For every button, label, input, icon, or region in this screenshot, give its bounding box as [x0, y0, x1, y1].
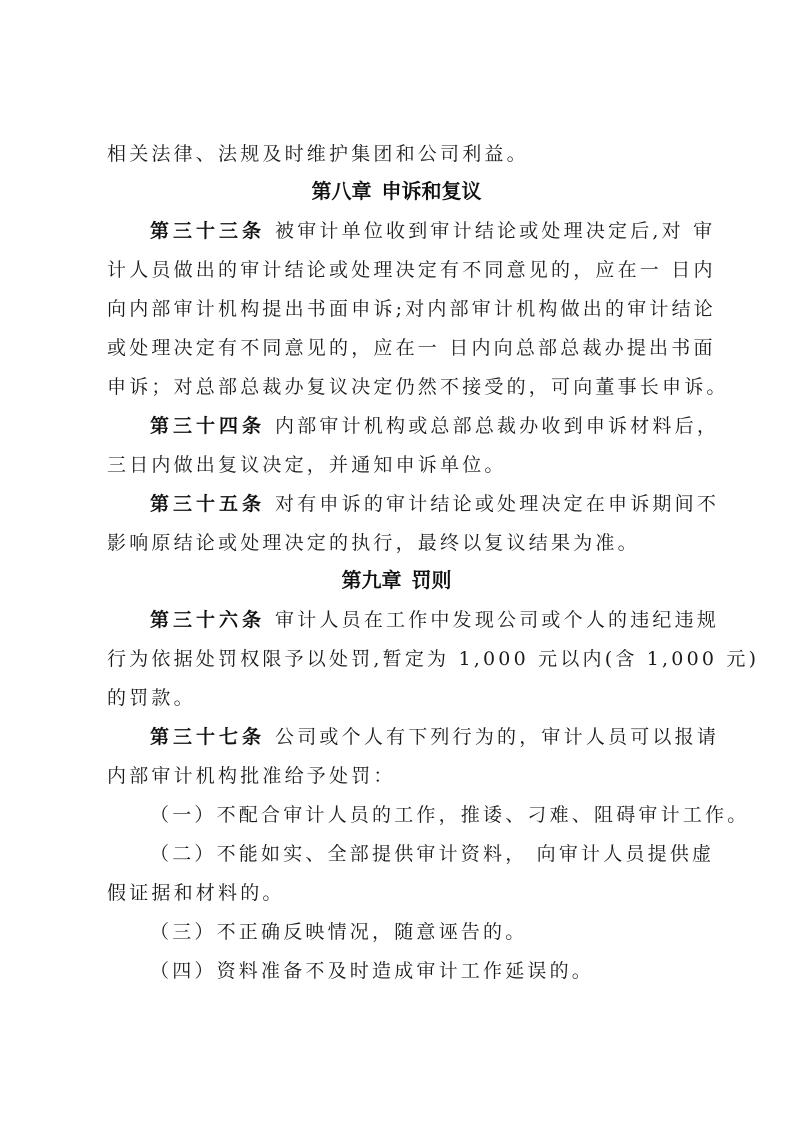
article-34-line-1: 第三十四条内部审计机构或总部总裁办收到申诉材料后， — [150, 414, 697, 438]
chapter-title: 申诉和复议 — [382, 179, 482, 203]
article-36-line-3: 的罚款。 — [107, 686, 697, 710]
article-34-line-2: 三日内做出复议决定，并通知申诉单位。 — [107, 453, 697, 477]
list-item-1: （一）不配合审计人员的工作，推诿、刁难、阻碍审计工作。 — [150, 803, 697, 827]
article-text: 审计人员在工作中发现公司或个人的违纪违规 — [275, 609, 719, 631]
article-number: 第三十六条 — [150, 609, 265, 631]
article-33-line-3: 向内部审计机构提出书面申诉;对内部审计机构做出的审计结论 — [107, 297, 697, 321]
article-35-line-1: 第三十五条对有申诉的审计结论或处理决定在申诉期间不 — [150, 492, 697, 516]
list-item-3: （三）不正确反映情况，随意诬告的。 — [150, 920, 697, 944]
article-37-line-1: 第三十七条公司或个人有下列行为的，审计人员可以报请 — [150, 725, 697, 749]
chapter-heading-9: 第九章罚则 — [0, 567, 793, 593]
list-item-2-continuation: 假证据和材料的。 — [107, 881, 697, 905]
article-33-line-5: 申诉；对总部总裁办复议决定仍然不接受的，可向董事长申诉。 — [107, 375, 697, 399]
chapter-heading-8: 第八章申诉和复议 — [0, 178, 793, 204]
article-33-line-2: 计人员做出的审计结论或处理决定有不同意见的，应在一 日内 — [107, 258, 697, 282]
document-page: 相关法律、法规及时维护集团和公司利益。 第八章申诉和复议 第三十三条被审计单位收… — [0, 0, 793, 1122]
paragraph-continuation: 相关法律、法规及时维护集团和公司利益。 — [107, 142, 697, 166]
article-number: 第三十七条 — [150, 726, 265, 748]
article-number: 第三十四条 — [150, 415, 265, 437]
article-number: 第三十五条 — [150, 493, 265, 515]
article-number: 第三十三条 — [150, 220, 265, 242]
article-37-line-2: 内部审计机构批准给予处罚： — [107, 764, 697, 788]
article-text: 内部审计机构或总部总裁办收到申诉材料后， — [275, 415, 719, 437]
list-item-4: （四）资料准备不及时造成审计工作延误的。 — [150, 959, 697, 983]
article-33-line-4: 或处理决定有不同意见的，应在一 日内向总部总裁办提出书面 — [107, 336, 697, 360]
article-text: 对有申诉的审计结论或处理决定在申诉期间不 — [275, 493, 719, 515]
list-item-2: （二）不能如实、全部提供审计资料， 向审计人员提供虚 — [150, 842, 697, 866]
article-text: 公司或个人有下列行为的，审计人员可以报请 — [275, 726, 719, 748]
article-33-line-1: 第三十三条被审计单位收到审计结论或处理决定后,对 审 — [150, 219, 697, 243]
article-36-line-2: 行为依据处罚权限予以处罚,暂定为 1,000 元以内(含 1,000 元) — [107, 647, 697, 671]
chapter-title: 罚则 — [412, 568, 452, 592]
article-text: 被审计单位收到审计结论或处理决定后,对 审 — [275, 220, 715, 242]
chapter-number: 第九章 — [342, 568, 402, 592]
article-35-line-2: 影响原结论或处理决定的执行，最终以复议结果为准。 — [107, 531, 697, 555]
chapter-number: 第八章 — [312, 179, 372, 203]
article-36-line-1: 第三十六条审计人员在工作中发现公司或个人的违纪违规 — [150, 608, 697, 632]
